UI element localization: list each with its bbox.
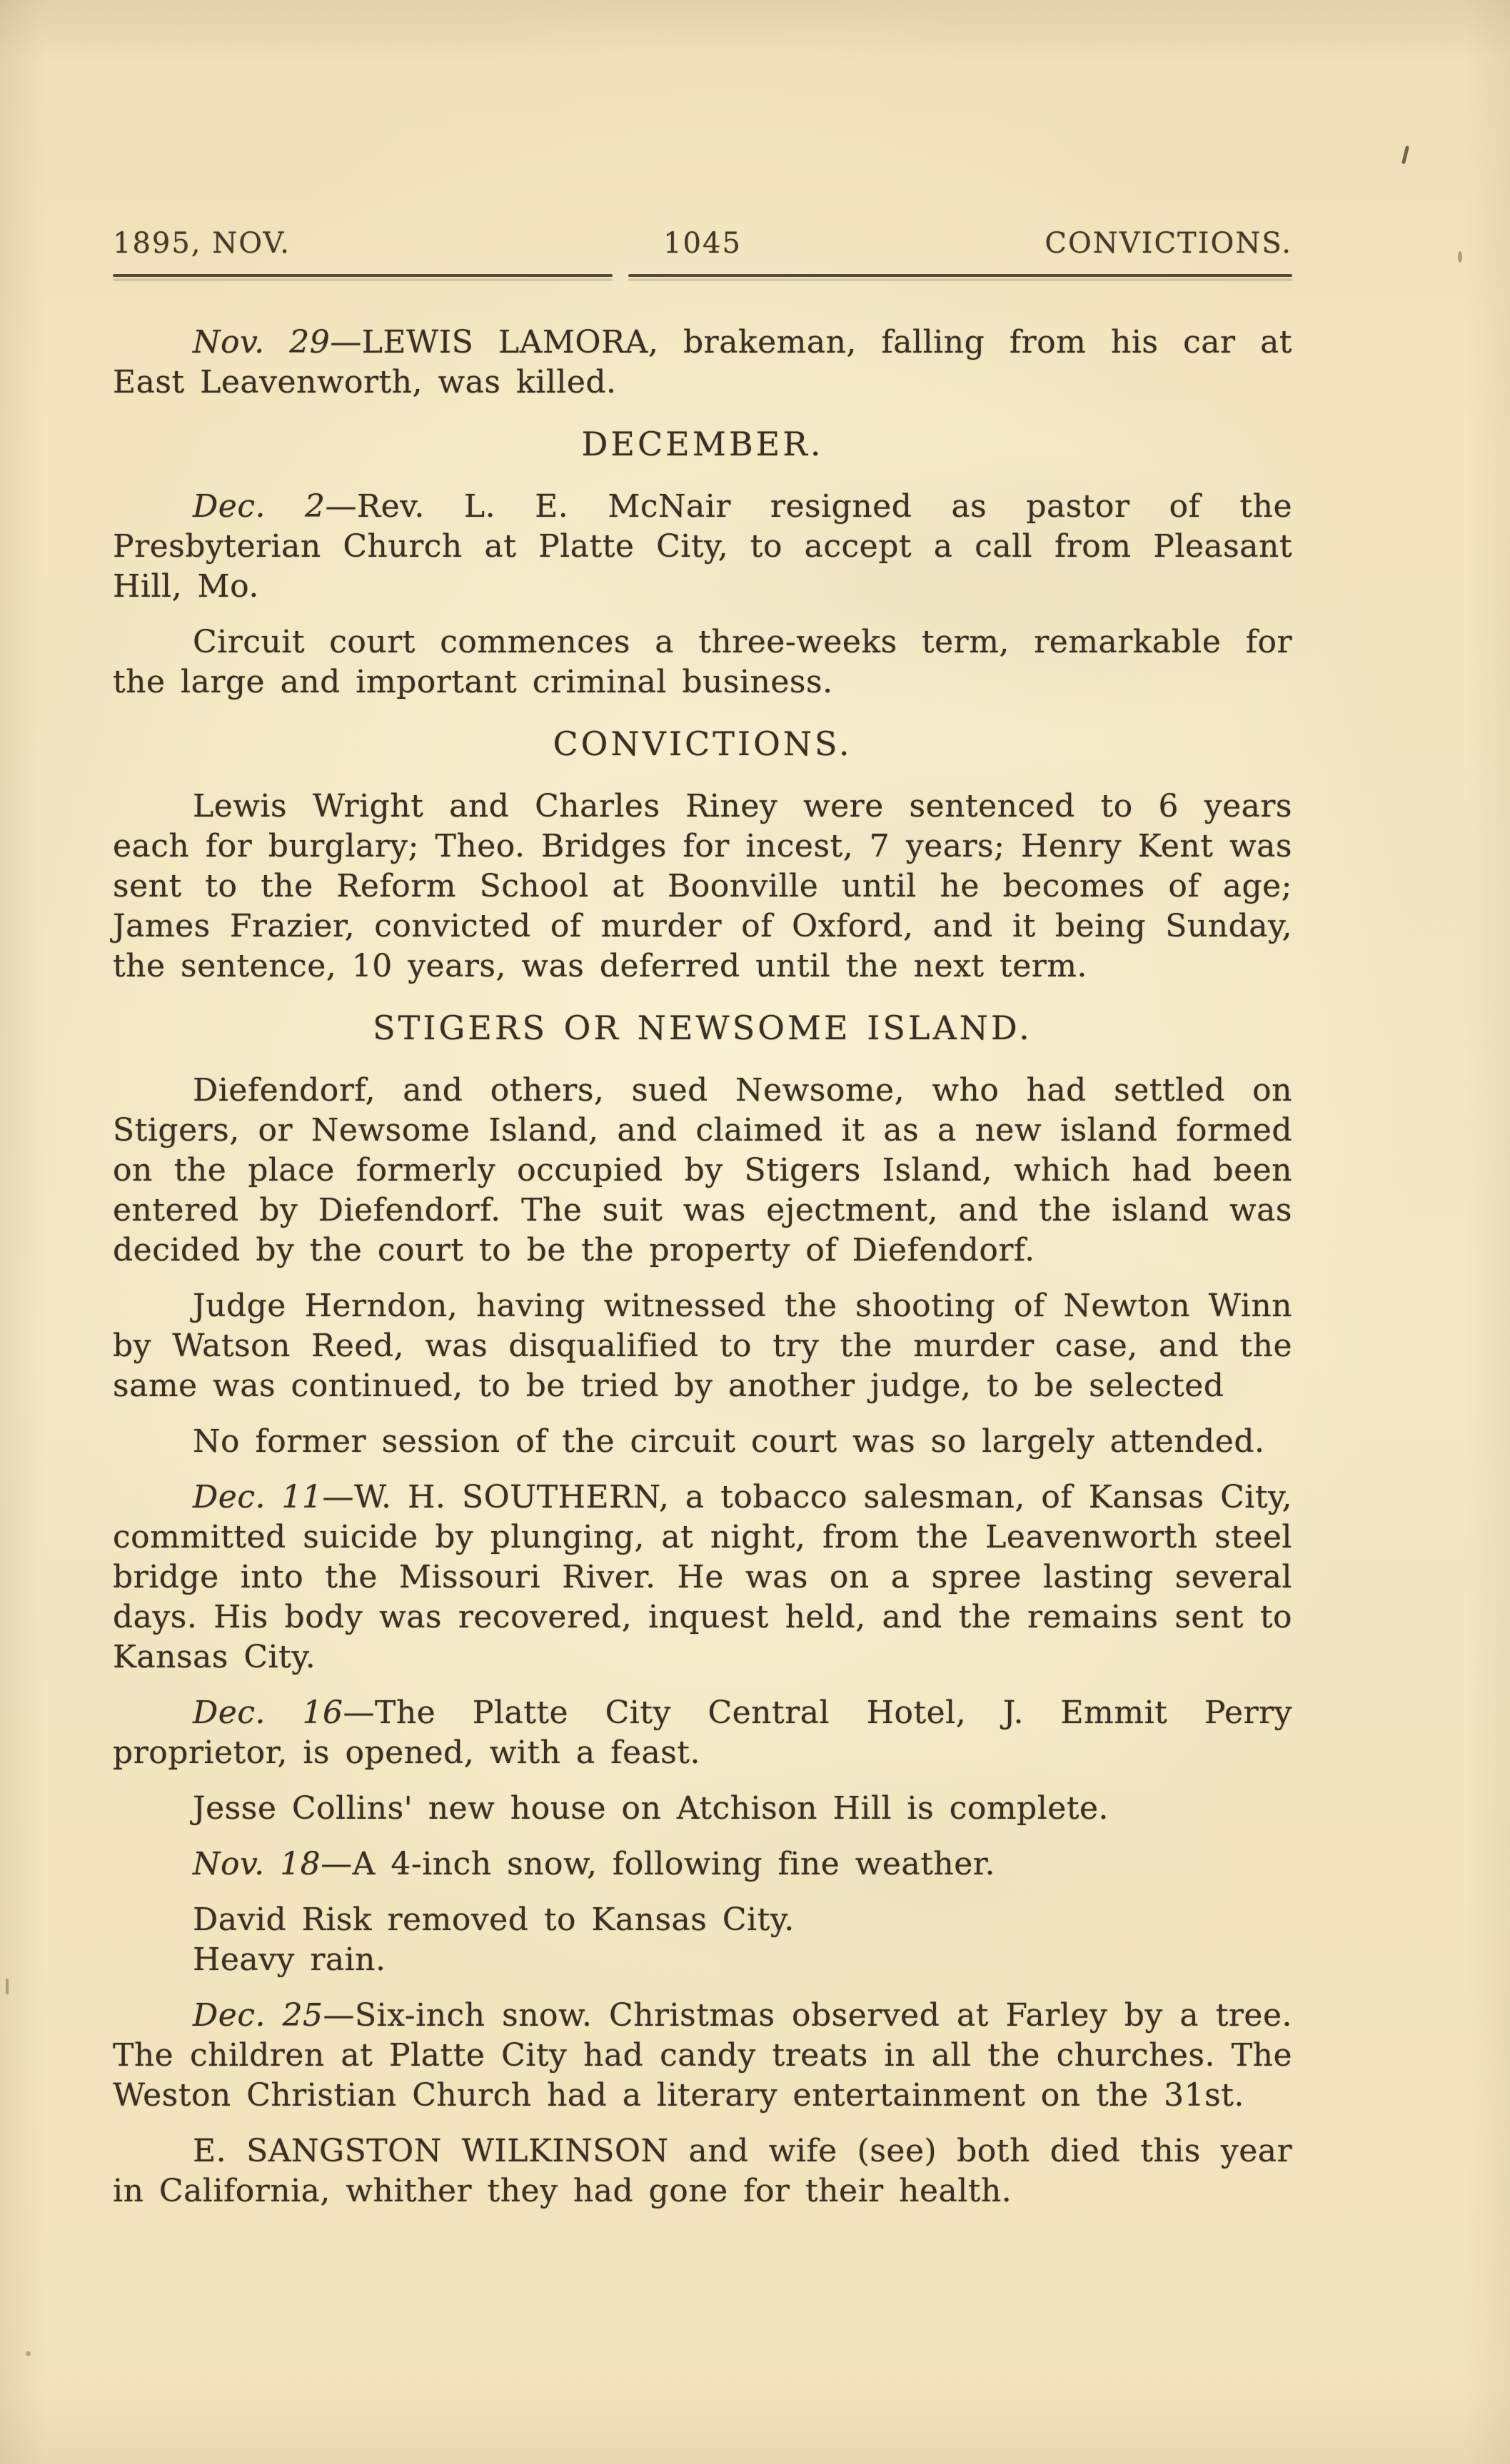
entry-diefendorf-suit: Diefendorf, and others, sued Newsome, wh… [113,1071,1292,1271]
entry-david-risk: David Risk removed to Kansas City. [113,1900,1292,1940]
section-heading-convictions: CONVICTIONS. [113,724,1292,764]
entry-date: Dec. 25 [193,1997,323,2034]
entry-text: —A 4-inch snow, following fine weather. [321,1846,995,1882]
entry-date: Nov. 29 [193,324,330,360]
ink-speck [6,1979,9,1994]
header-title: CONVICTIONS. [899,227,1292,260]
header-rule-right-segment [628,274,1292,277]
entry-wilkinson: E. SANGSTON WILKINSON and wife (see) bot… [113,2131,1292,2211]
running-header: 1895, NOV. 1045 CONVICTIONS. [113,227,1292,260]
header-rule-left-segment [113,274,613,277]
section-heading-december: DECEMBER. [113,424,1292,464]
ink-speck [1458,251,1462,263]
page-body: Nov. 29—LEWIS LAMORA, brakeman, falling … [113,323,1292,2227]
entry-date: Nov. 18 [193,1846,321,1882]
header-rule [113,274,1292,281]
entry-text: Judge Herndon, having witnessed the shoo… [113,1288,1292,1404]
entry-text: Jesse Collins' new house on Atchison Hil… [193,1790,1109,1827]
entry-dec-11: Dec. 11—W. H. SOUTHERN, a tobacco salesm… [113,1478,1292,1677]
entry-text: David Risk removed to Kansas City. [193,1902,795,1938]
entry-text: Lewis Wright and Charles Riney were sent… [113,788,1292,984]
entry-dec-25: Dec. 25—Six-inch snow. Christmas observe… [113,1996,1292,2116]
section-heading-stigers-island: STIGERS OR NEWSOME ISLAND. [113,1008,1292,1048]
entry-text: Heavy rain. [193,1942,386,1978]
header-date: 1895, NOV. [113,227,506,260]
scanned-book-page: { "page_header": { "left": "1895, NOV.",… [0,0,1510,2464]
ink-speck [1401,146,1409,164]
entry-nov-18: Nov. 18—A 4-inch snow, following fine we… [113,1844,1292,1884]
entry-sentences: Lewis Wright and Charles Riney were sent… [113,787,1292,986]
entry-jesse-collins: Jesse Collins' new house on Atchison Hil… [113,1789,1292,1829]
entry-judge-herndon: Judge Herndon, having witnessed the shoo… [113,1286,1292,1406]
entry-date: Dec. 2 [193,488,326,525]
entry-circuit-court: Circuit court commences a three-weeks te… [113,622,1292,702]
header-page-number: 1045 [506,227,900,260]
entry-text: Diefendorf, and others, sued Newsome, wh… [113,1072,1292,1268]
entry-date: Dec. 11 [193,1479,322,1515]
entry-dec-2: Dec. 2—Rev. L. E. McNair resigned as pas… [113,487,1292,607]
entry-heavy-rain: Heavy rain. [113,1940,1292,1980]
entry-text: E. SANGSTON WILKINSON and wife (see) bot… [113,2133,1292,2209]
entry-text: Circuit court commences a three-weeks te… [113,624,1292,700]
entry-date: Dec. 16 [193,1695,343,1731]
entry-dec-16: Dec. 16—The Platte City Central Hotel, J… [113,1693,1292,1773]
entry-text: No former session of the circuit court w… [193,1423,1265,1460]
entry-nov-29: Nov. 29—LEWIS LAMORA, brakeman, falling … [113,323,1292,403]
ink-speck [26,2351,31,2356]
entry-circuit-attendance: No former session of the circuit court w… [113,1422,1292,1462]
